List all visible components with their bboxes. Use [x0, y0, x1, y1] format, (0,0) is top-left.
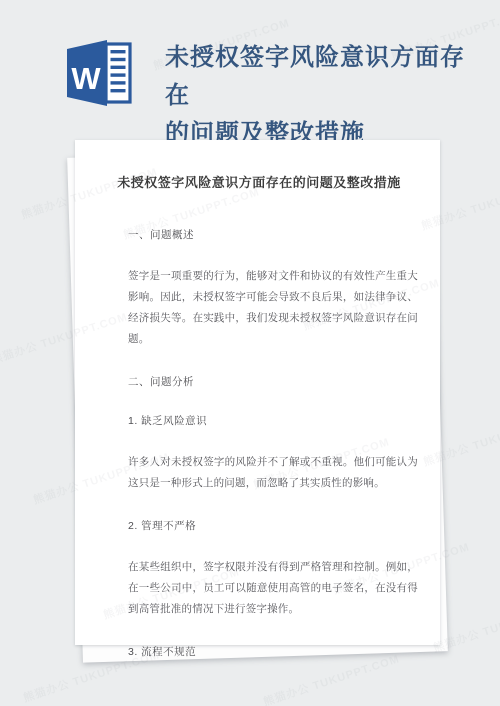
section-heading-2: 二、问题分析 [128, 374, 418, 389]
document-page: 未授权签字风险意识方面存在的问题及整改措施 一、问题概述 签字是一项重要的行为，… [75, 140, 440, 645]
section-paragraph-3: 许多人对未授权签字的风险并不了解或不重视。他们可能认为这只是一种形式上的问题，而… [128, 452, 418, 494]
section-heading-3: 1. 缺乏风险意识 [128, 413, 418, 428]
header: W 未授权签字风险意识方面存在 的问题及整改措施 [0, 0, 500, 130]
section-heading-5: 3. 流程不规范 [128, 644, 418, 659]
page-title-line1: 未授权签字风险意识方面存在 [165, 39, 485, 115]
section-paragraph-1: 签字是一项重要的行为，能够对文件和协议的有效性产生重大影响。因此，未授权签字可能… [128, 266, 418, 350]
word-icon-letter: W [71, 61, 101, 96]
section-heading-1: 一、问题概述 [128, 227, 418, 242]
document-title: 未授权签字风险意识方面存在的问题及整改措施 [114, 172, 404, 191]
page-title: 未授权签字风险意识方面存在 的问题及整改措施 [165, 39, 485, 153]
section-paragraph-4: 在某些组织中，签字权限并没有得到严格管理和控制。例如，在一些公司中，员工可以随意… [128, 557, 418, 620]
page-background: 熊猫办公 TUKUPPT.COM 熊猫办公 TUKUPPT.COM 熊猫办公 T… [0, 0, 500, 706]
section-heading-4: 2. 管理不严格 [128, 518, 418, 533]
word-icon: W [56, 29, 144, 109]
